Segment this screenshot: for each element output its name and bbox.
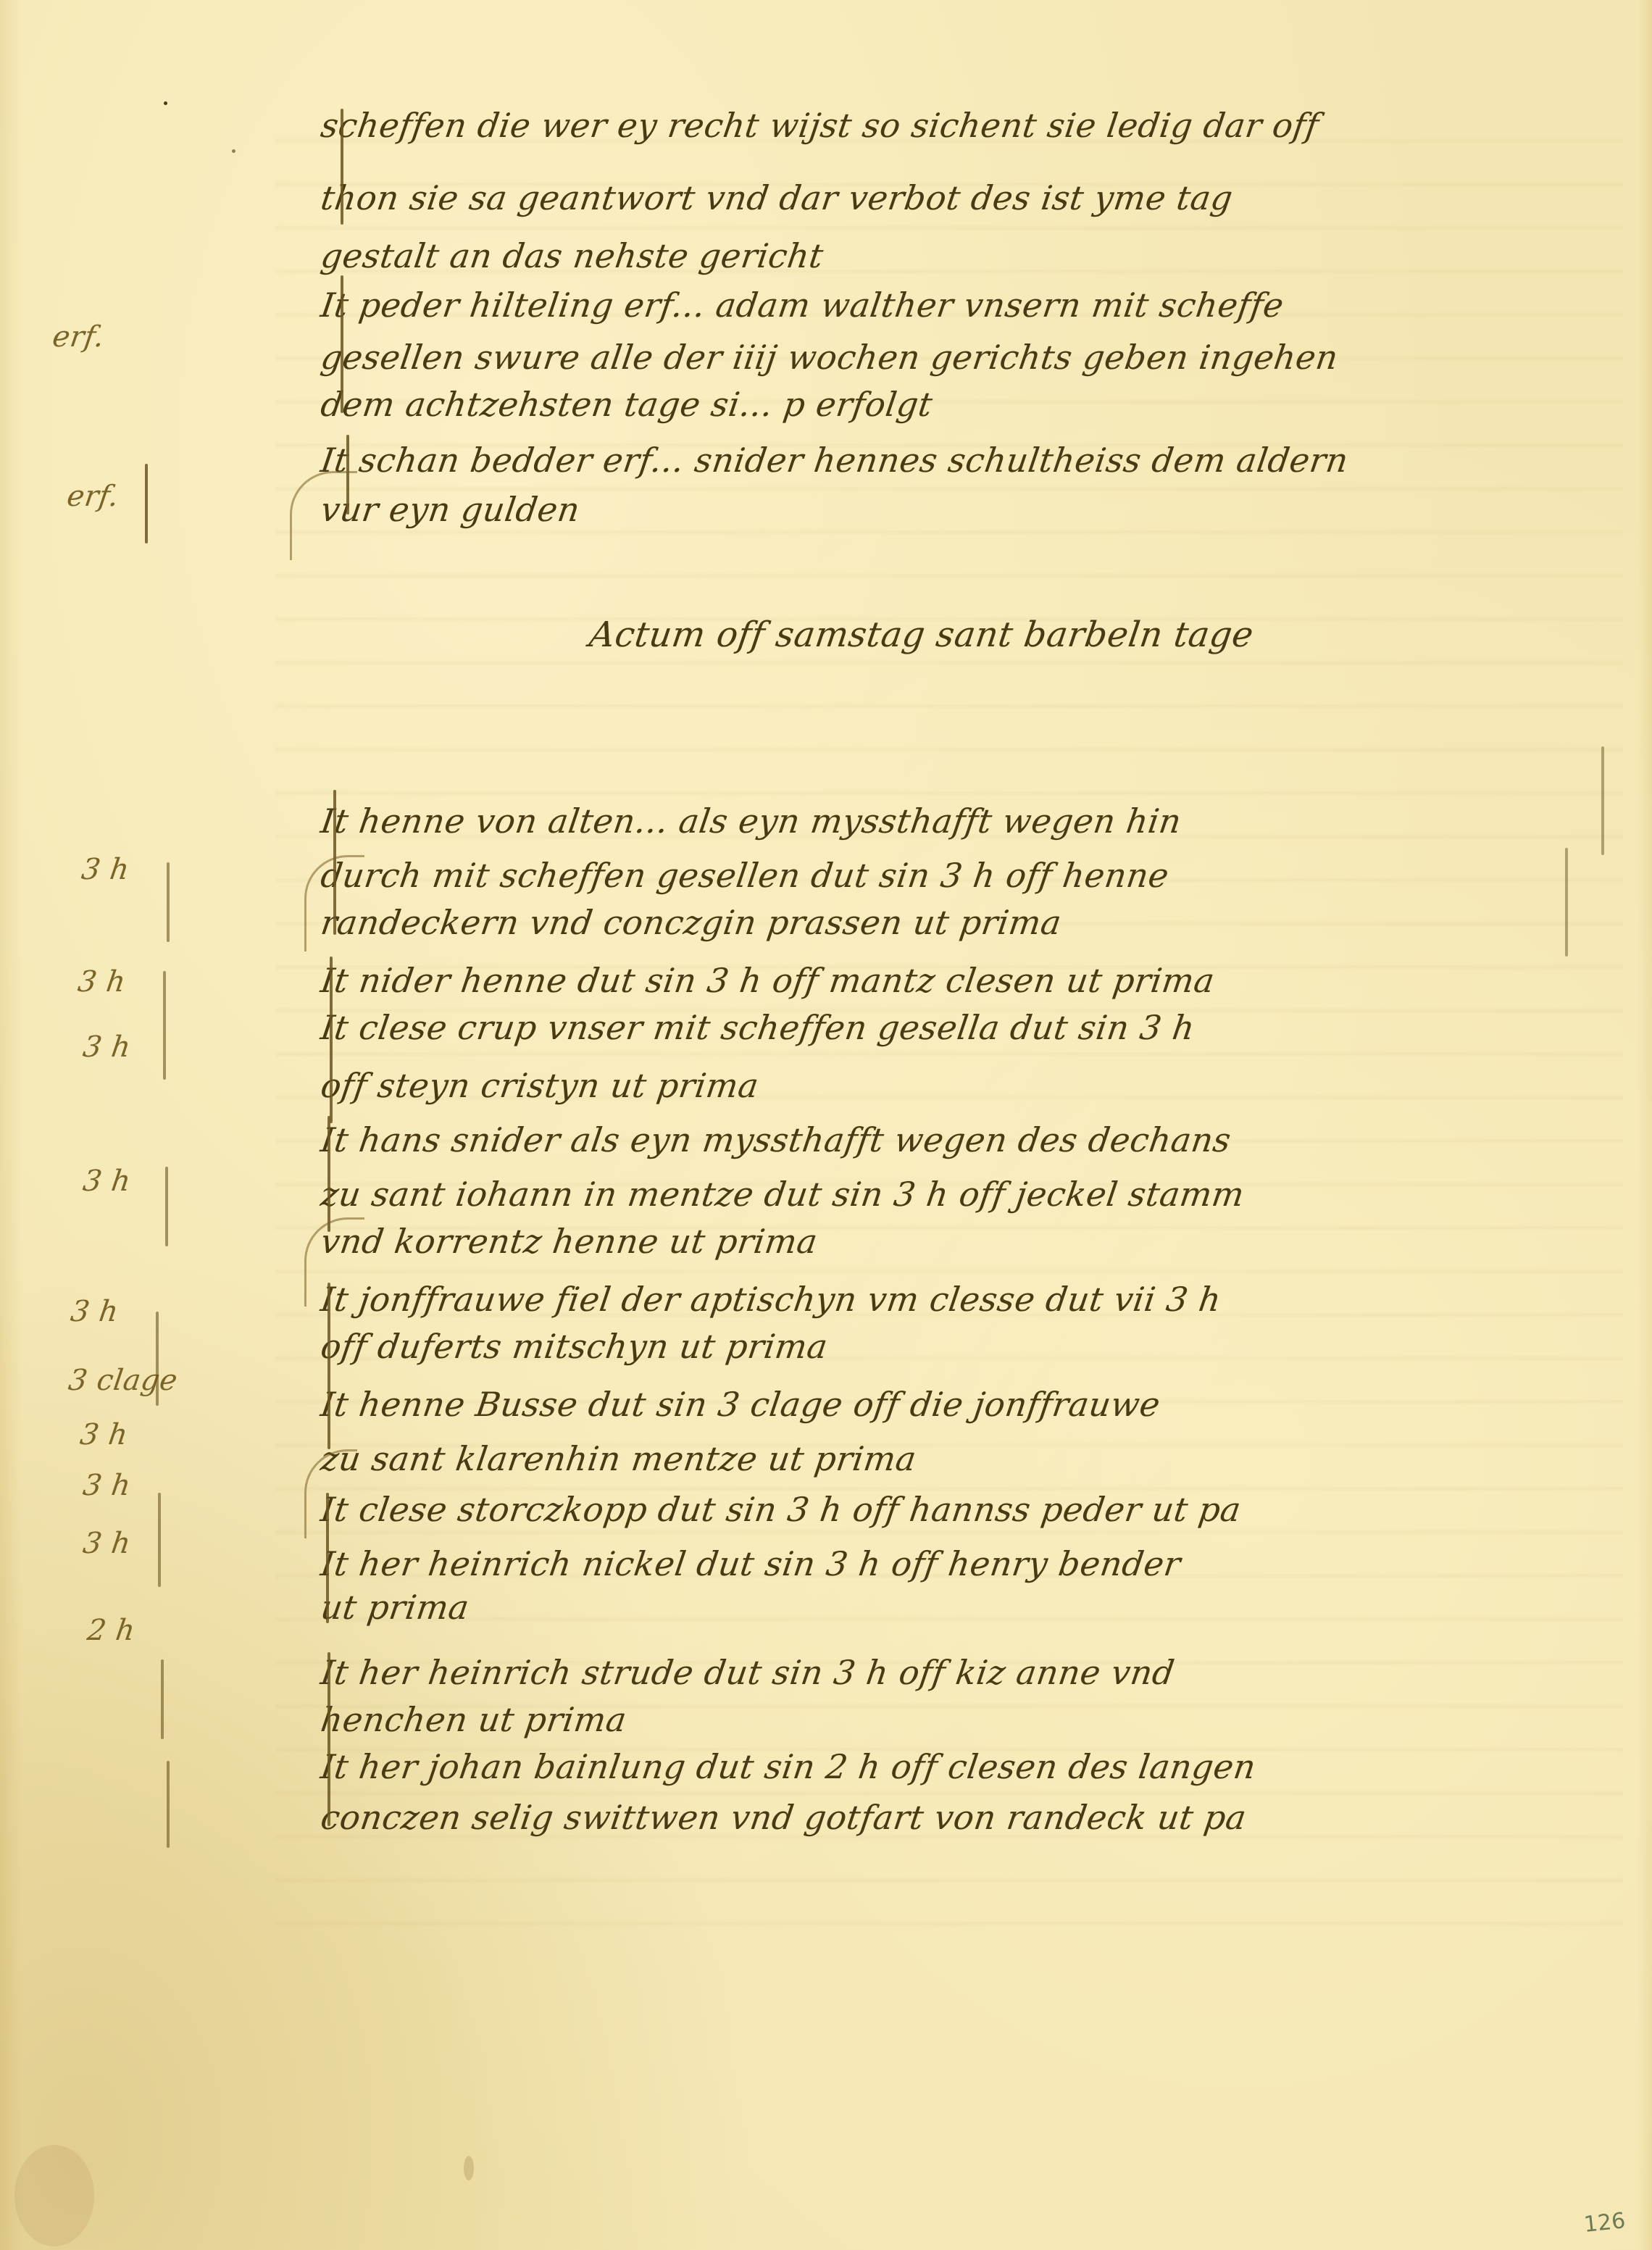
text-line: It her heinrich strude dut sin 3 h off k… bbox=[319, 1656, 1177, 1689]
session-heading: Actum off samstag sant barbeln tage bbox=[587, 614, 1256, 655]
manuscript-page: scheffen die wer ey recht wijst so siche… bbox=[0, 0, 1652, 2250]
margin-tail-stroke bbox=[165, 1167, 168, 1246]
text-line: gestalt an das nehste gericht bbox=[319, 239, 825, 272]
ascender-stroke bbox=[1601, 746, 1604, 855]
text-line: gesellen swure alle der iiij wochen geri… bbox=[319, 341, 1340, 374]
margin-note-text: 3 h bbox=[78, 1418, 130, 1451]
ascender-stroke bbox=[328, 1116, 330, 1232]
margin-note: 3 h bbox=[81, 1167, 133, 1196]
margin-note-text: 3 h bbox=[81, 1527, 133, 1560]
ascender-stroke bbox=[330, 957, 333, 1123]
margin-note-text: 3 clage bbox=[67, 1364, 180, 1397]
flourish-loop bbox=[304, 855, 364, 951]
speck bbox=[232, 149, 235, 153]
margin-note: 3 h bbox=[69, 1297, 120, 1326]
text-line: It henne von alten... als eyn myssthafft… bbox=[319, 804, 1183, 838]
ascender-stroke bbox=[328, 1652, 330, 1826]
margin-note-text: 2 h bbox=[85, 1614, 138, 1647]
text-line: scheffen die wer ey recht wijst so siche… bbox=[319, 109, 1321, 142]
text-line: dem achtzehsten tage si... p erfolgt bbox=[319, 388, 935, 421]
flourish-loop bbox=[304, 1449, 357, 1538]
flourish-loop bbox=[304, 1217, 364, 1307]
text-line: It jonffrauwe fiel der aptischyn vm cles… bbox=[319, 1283, 1223, 1316]
margin-note: 3 h bbox=[81, 1471, 133, 1500]
margin-note: 3 clage bbox=[67, 1366, 180, 1395]
text-line: vnd korrentz henne ut prima bbox=[319, 1225, 819, 1258]
foxing-stain bbox=[14, 2145, 94, 2246]
ink-stain bbox=[464, 2156, 474, 2180]
ascender-stroke bbox=[328, 1283, 330, 1449]
margin-note-text: 3 h bbox=[69, 1295, 121, 1328]
text-line: It clese storczkopp dut sin 3 h off hann… bbox=[319, 1493, 1243, 1526]
text-line: It peder hilteling erf... adam walther v… bbox=[319, 288, 1286, 322]
flourish-loop bbox=[290, 471, 357, 560]
margin-note: 2 h bbox=[85, 1616, 137, 1645]
margin-tail-stroke bbox=[158, 1493, 161, 1587]
text-line: zu sant klarenhin mentze ut prima bbox=[319, 1442, 919, 1475]
ascender-stroke bbox=[341, 275, 343, 413]
ascender-stroke bbox=[341, 109, 343, 225]
text-line: It her johan bainlung dut sin 2 h off cl… bbox=[319, 1750, 1258, 1783]
margin-note: 3 h bbox=[76, 967, 128, 996]
text-line: randeckern vnd conczgin prassen ut prima bbox=[319, 906, 1064, 939]
text-line: It hans snider als eyn myssthafft wegen … bbox=[319, 1123, 1233, 1157]
margin-tail-stroke bbox=[167, 1761, 170, 1848]
ascender-stroke bbox=[1565, 848, 1568, 957]
text-line: vur eyn gulden bbox=[319, 493, 582, 526]
margin-note: erf. bbox=[51, 322, 107, 351]
text-line: durch mit scheffen gesellen dut sin 3 h … bbox=[319, 859, 1171, 892]
margin-note-text: 3 h bbox=[81, 1469, 133, 1502]
text-line: off steyn cristyn ut prima bbox=[319, 1069, 761, 1102]
margin-note: 3 h bbox=[81, 1033, 133, 1062]
text-line: zu sant iohann in mentze dut sin 3 h off… bbox=[319, 1178, 1246, 1211]
margin-note-text: 3 h bbox=[81, 1164, 133, 1198]
text-line: It henne Busse dut sin 3 clage off die j… bbox=[319, 1388, 1162, 1421]
margin-note-text: erf. bbox=[65, 480, 121, 513]
speck bbox=[164, 101, 167, 105]
margin-note-text: 3 h bbox=[76, 965, 128, 999]
margin-note: 3 h bbox=[78, 1420, 130, 1449]
text-line: conczen selig swittwen vnd gotfart von r… bbox=[319, 1801, 1248, 1834]
margin-note-text: 3 h bbox=[81, 1030, 133, 1064]
folio-number: 126 bbox=[1582, 2208, 1627, 2238]
margin-tail-stroke bbox=[161, 1659, 164, 1739]
margin-note-text: 3 h bbox=[80, 853, 132, 886]
text-line: ut prima bbox=[319, 1591, 471, 1624]
margin-tail-stroke bbox=[167, 862, 170, 942]
margin-tail-stroke bbox=[163, 971, 166, 1080]
margin-note: 3 h bbox=[80, 855, 131, 884]
ascender-stroke bbox=[145, 464, 148, 543]
margin-note-text: erf. bbox=[51, 320, 107, 354]
text-line: off duferts mitschyn ut prima bbox=[319, 1330, 830, 1363]
margin-note: 3 h bbox=[81, 1529, 133, 1558]
text-line: It clese crup vnser mit scheffen gesella… bbox=[319, 1011, 1197, 1044]
text-line: It her heinrich nickel dut sin 3 h off h… bbox=[319, 1547, 1182, 1580]
margin-tail-stroke bbox=[156, 1312, 159, 1406]
text-line: thon sie sa geantwort vnd dar verbot des… bbox=[319, 181, 1235, 214]
text-line: It nider henne dut sin 3 h off mantz cle… bbox=[319, 964, 1217, 997]
text-line: henchen ut prima bbox=[319, 1703, 629, 1736]
margin-note: erf. bbox=[65, 482, 121, 511]
text-line: It schan bedder erf... snider hennes sch… bbox=[319, 443, 1351, 477]
